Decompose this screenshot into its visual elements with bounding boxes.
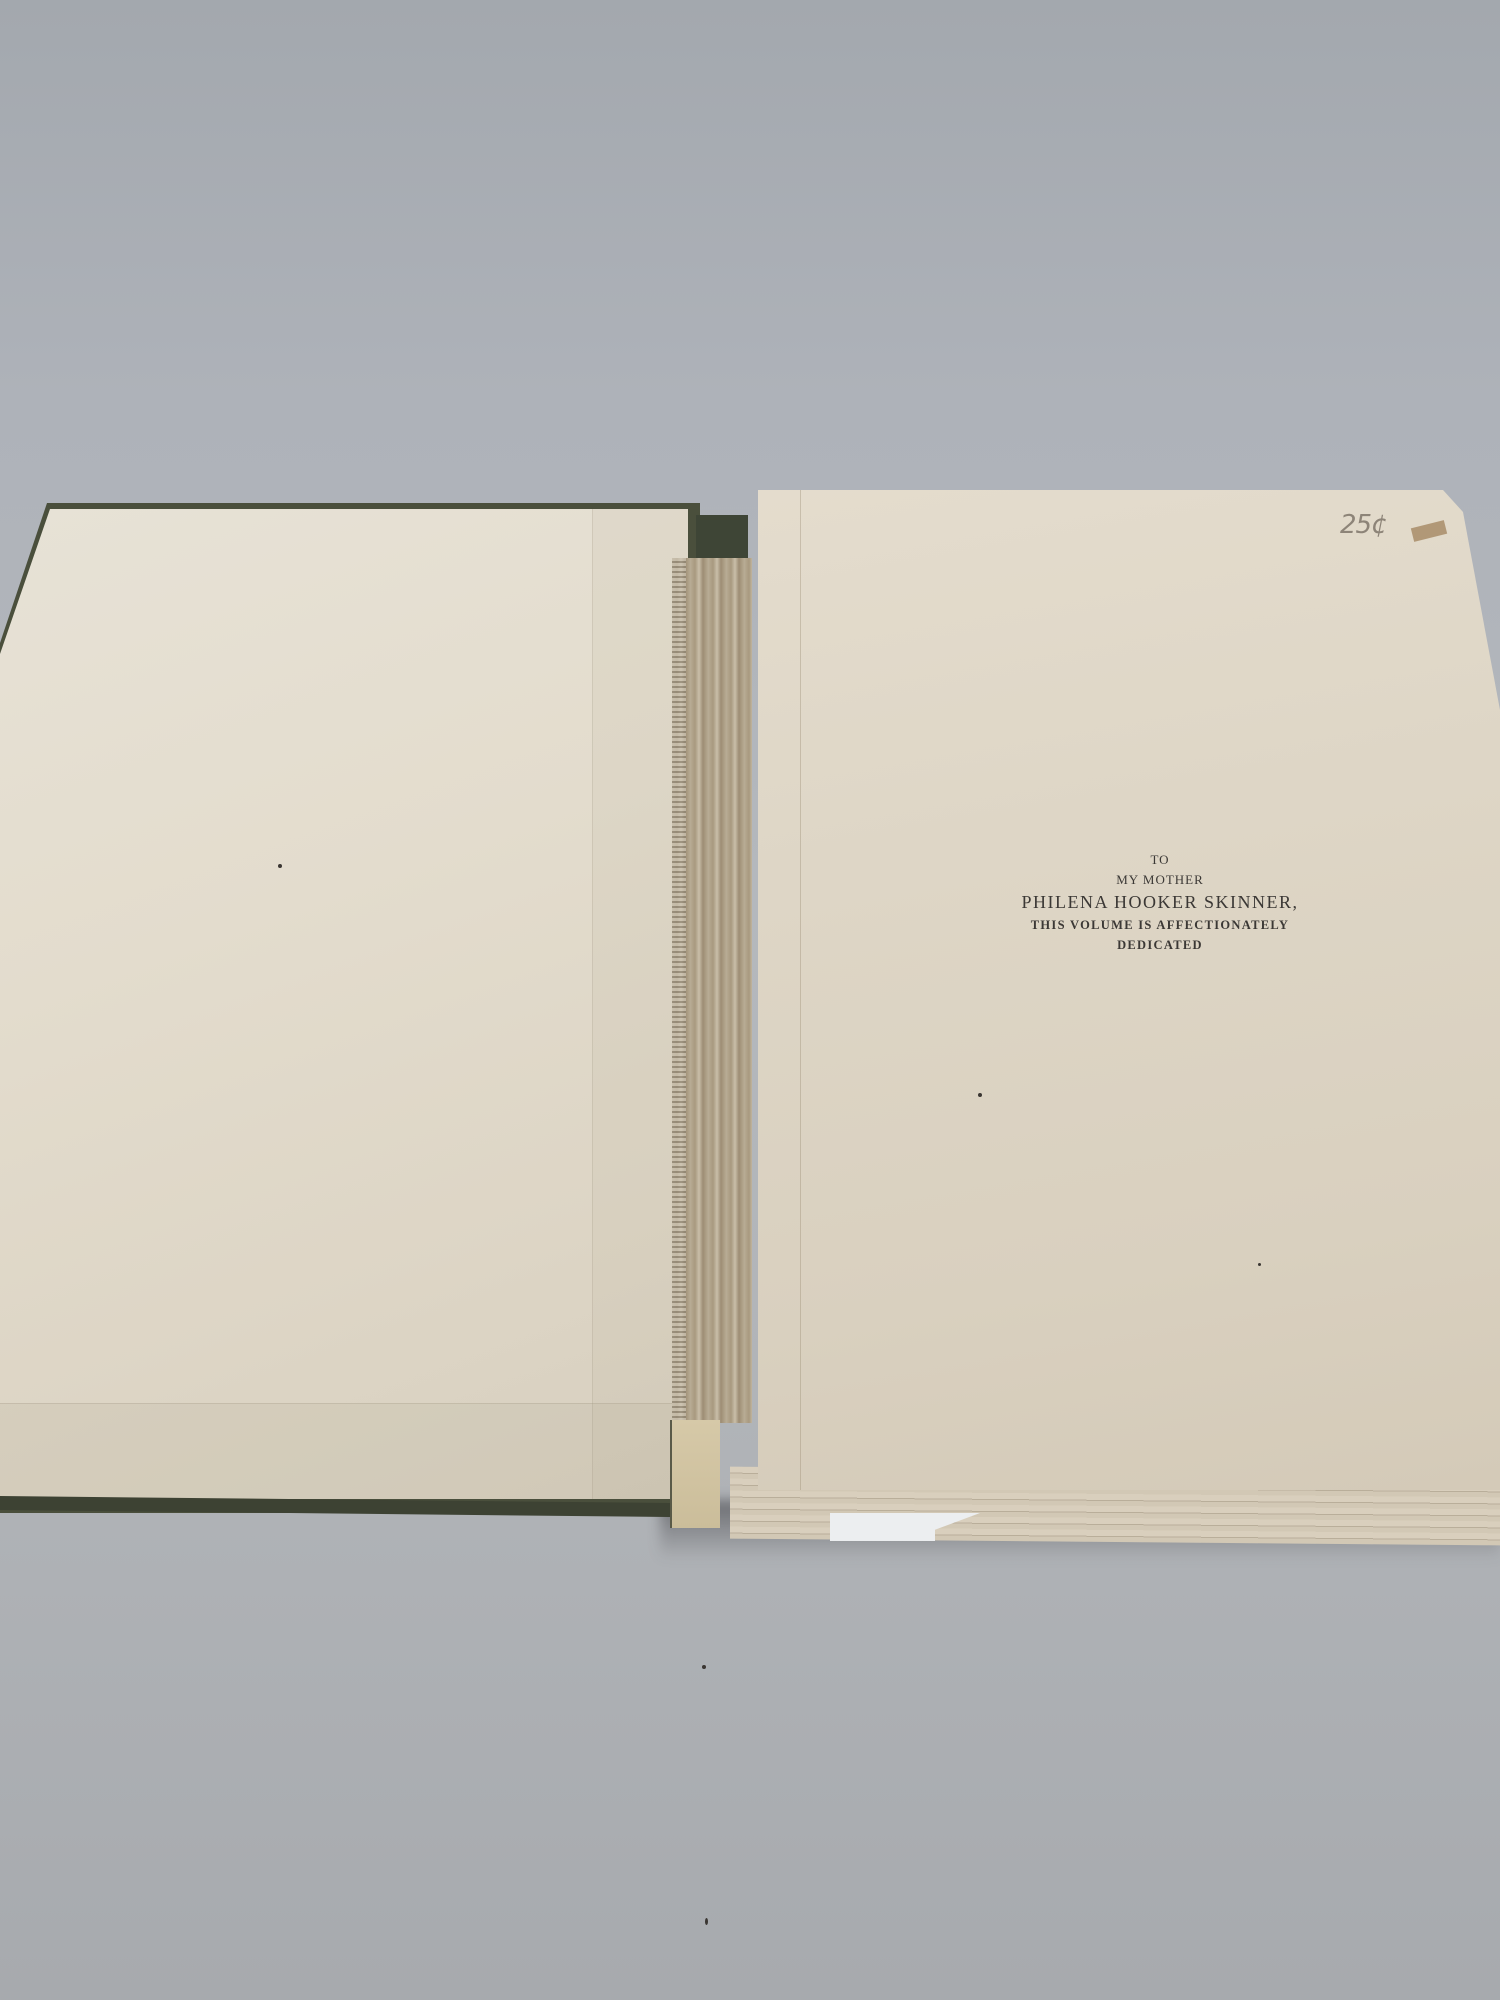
spine-tail xyxy=(670,1420,720,1528)
dedication-page xyxy=(758,490,1500,1490)
surface-speck xyxy=(702,1665,706,1669)
cloth-turn-in xyxy=(0,1403,688,1499)
paper-speck xyxy=(978,1093,982,1097)
dedication-text: TO MY MOTHER PHILENA HOOKER SKINNER, THI… xyxy=(960,850,1360,954)
paper-speck xyxy=(1258,1263,1261,1266)
dedication-line-mother: MY MOTHER xyxy=(960,870,1360,890)
dedication-line-name: PHILENA HOOKER SKINNER, xyxy=(960,890,1360,914)
exposed-spine-mull xyxy=(672,558,752,1423)
dedication-line-dedicated: DEDICATED xyxy=(960,936,1360,954)
spine-headcap xyxy=(696,515,748,560)
left-pastedown-page xyxy=(0,509,688,1499)
surface-speck xyxy=(705,1918,708,1925)
paper-speck xyxy=(278,864,282,868)
dedication-line-volume: THIS VOLUME IS AFFECTIONATELY xyxy=(960,914,1360,936)
page-gutter-line xyxy=(800,490,801,1490)
dedication-line-to: TO xyxy=(960,850,1360,870)
pencil-price-note: 25¢ xyxy=(1340,510,1387,540)
